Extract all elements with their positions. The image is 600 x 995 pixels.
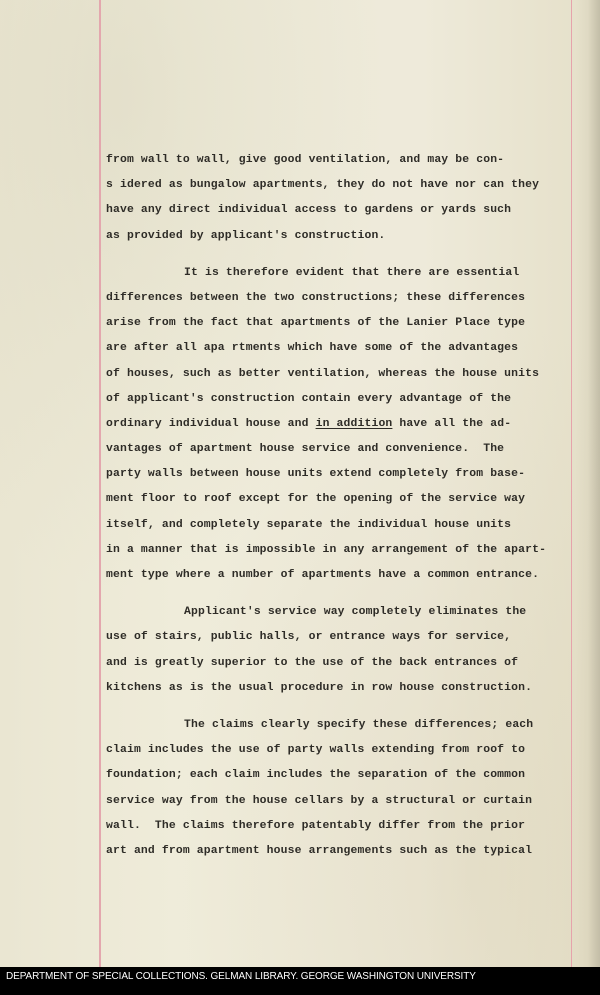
- text-line: kitchens as is the usual procedure in ro…: [106, 676, 586, 701]
- text-line: from wall to wall, give good ventilation…: [106, 148, 586, 173]
- text-line: as provided by applicant's construction.: [106, 224, 586, 249]
- text-line: in a manner that is impossible in any ar…: [106, 538, 586, 563]
- text-line: foundation; each claim includes the sepa…: [106, 763, 586, 788]
- text-line-with-underline: ordinary individual house and in additio…: [106, 412, 586, 437]
- document-body: from wall to wall, give good ventilation…: [106, 148, 586, 864]
- typewritten-page: from wall to wall, give good ventilation…: [0, 0, 600, 967]
- text-line: itself, and completely separate the indi…: [106, 513, 586, 538]
- text-line: ment type where a number of apartments h…: [106, 563, 586, 588]
- text-line: Applicant's service way completely elimi…: [106, 600, 586, 625]
- text-line: of houses, such as better ventilation, w…: [106, 362, 586, 387]
- text-line: use of stairs, public halls, or entrance…: [106, 625, 586, 650]
- underlined-emphasis: in addition: [316, 418, 393, 430]
- text-line: vantages of apartment house service and …: [106, 437, 586, 462]
- text-line: of applicant's construction contain ever…: [106, 387, 586, 412]
- page-edge-shadow: [588, 0, 600, 967]
- text-line: differences between the two construction…: [106, 286, 586, 311]
- text-line: ment floor to roof except for the openin…: [106, 487, 586, 512]
- text-line: art and from apartment house arrangement…: [106, 839, 586, 864]
- left-margin-rule: [99, 0, 101, 967]
- paragraph: Applicant's service way completely elimi…: [106, 600, 586, 701]
- text-line: wall. The claims therefore patentably di…: [106, 814, 586, 839]
- paragraph: It is therefore evident that there are e…: [106, 261, 586, 588]
- paragraph: The claims clearly specify these differe…: [106, 713, 586, 864]
- text-segment: have all the ad-: [392, 418, 511, 430]
- text-line: claim includes the use of party walls ex…: [106, 738, 586, 763]
- text-segment: ordinary individual house and: [106, 418, 316, 430]
- text-line: It is therefore evident that there are e…: [106, 261, 586, 286]
- text-line: have any direct individual access to gar…: [106, 198, 586, 223]
- archive-credit-text: DEPARTMENT OF SPECIAL COLLECTIONS. GELMA…: [6, 971, 476, 982]
- text-line: party walls between house units extend c…: [106, 462, 586, 487]
- text-line: s idered as bungalow apartments, they do…: [106, 173, 586, 198]
- text-line: The claims clearly specify these differe…: [106, 713, 586, 738]
- text-line: and is greatly superior to the use of th…: [106, 651, 586, 676]
- paragraph-gap: [106, 588, 586, 600]
- paragraph-gap: [106, 249, 586, 261]
- archive-credit-bar: DEPARTMENT OF SPECIAL COLLECTIONS. GELMA…: [0, 967, 600, 995]
- text-line: service way from the house cellars by a …: [106, 789, 586, 814]
- text-line: are after all apa rtments which have som…: [106, 336, 586, 361]
- paragraph: from wall to wall, give good ventilation…: [106, 148, 586, 249]
- text-line: arise from the fact that apartments of t…: [106, 311, 586, 336]
- paragraph-gap: [106, 701, 586, 713]
